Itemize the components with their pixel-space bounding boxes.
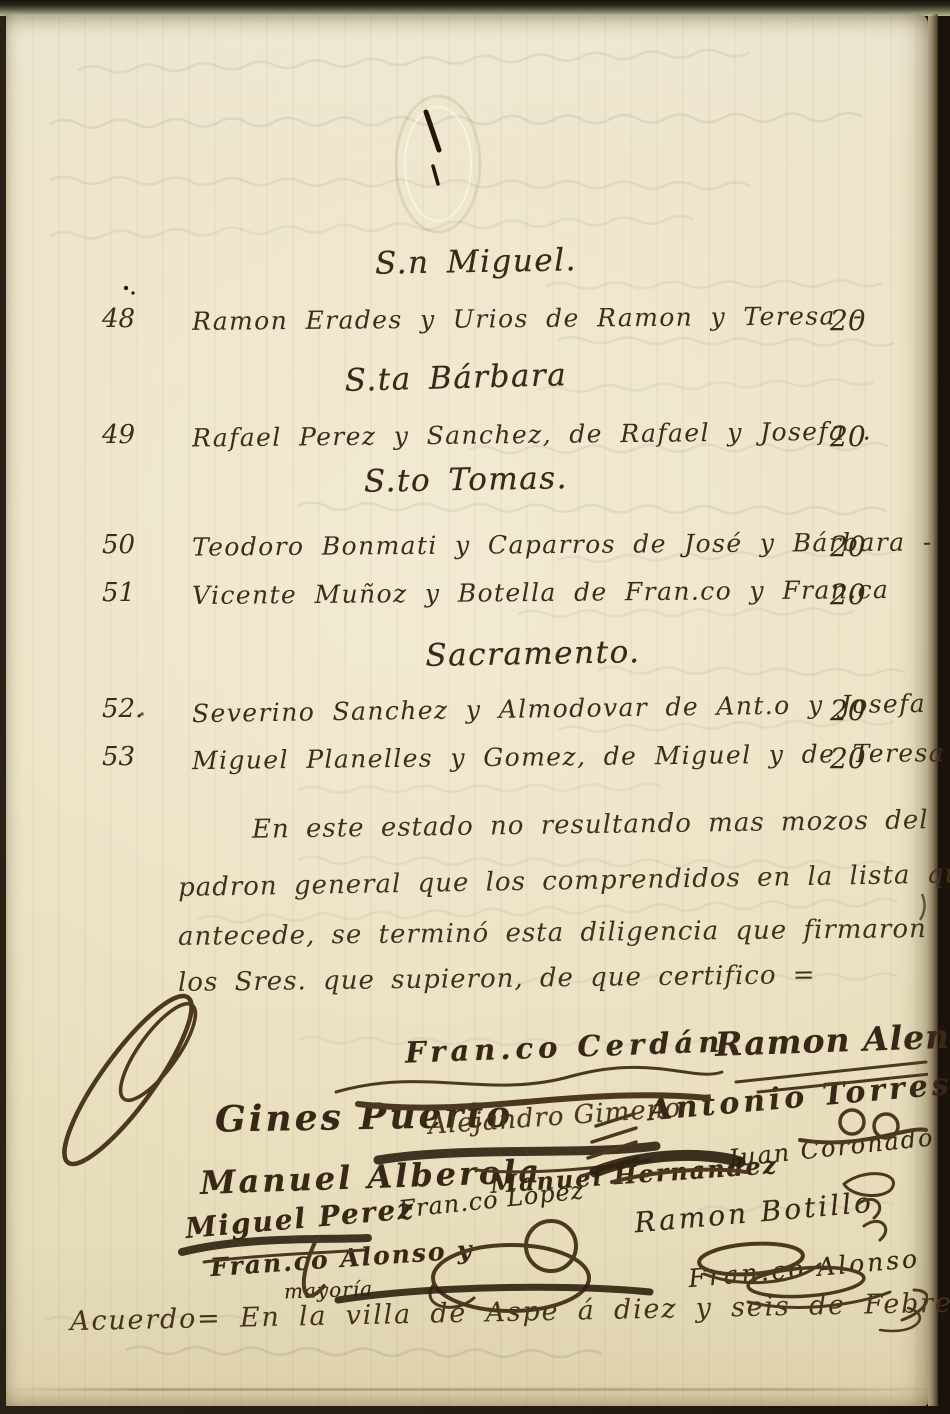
entry-number: 50 (102, 530, 135, 560)
entry-name: Rafael Perez y Sanchez, de Rafael y Jose… (192, 416, 872, 452)
section-heading-santo-tomas: S.to Tomas. (336, 460, 597, 501)
signature-juan-coronado: Juan Coronado (727, 1123, 936, 1172)
closing-line: antecede, se terminó esta diligencia que… (178, 914, 927, 952)
entry-number: 53 (102, 742, 135, 772)
page-bottom-crease (6, 1388, 928, 1391)
entry-age: 20 (830, 304, 866, 337)
entry-number: 49 (102, 420, 135, 450)
closing-line: En este estado no resultando mas mozos d… (252, 805, 929, 844)
signature-ramon-alenda: Ramon Alenda (714, 1015, 950, 1064)
book-photograph: S.n Miguel. 48 Ramon Erades y Urios de R… (0, 0, 950, 1414)
entry-age: 20 (830, 742, 866, 775)
signature-francisco-alonso: Fran.co Alonso (687, 1244, 921, 1293)
entry-row-52: 52. Severino Sanchez y Almodovar de Ant.… (6, 694, 928, 738)
entry-age: 20 (830, 530, 866, 563)
entry-row-53: 53 Miguel Planelles y Gomez, de Miguel y… (6, 742, 928, 786)
entry-number: 52. (102, 694, 143, 724)
entry-number: 48 (102, 304, 135, 334)
entry-row-50: 50 Teodoro Bonmati y Caparros de José y … (6, 530, 928, 574)
entry-name: Teodoro Bonmati y Caparros de José y Bár… (192, 527, 933, 561)
entry-row-48: 48 Ramon Erades y Urios de Ramon y Teres… (6, 304, 928, 348)
section-heading-san-miguel: S.n Miguel. (336, 242, 617, 283)
closing-line: los Sres. que supieron, de que certifico… (178, 960, 816, 998)
page-stack-edge (928, 14, 938, 1406)
entry-age: 20 (830, 694, 866, 727)
signature-ramon-botillo: Ramon Botillo (633, 1186, 875, 1240)
closing-line: padron general que los comprendidos en l… (178, 859, 950, 903)
manuscript-page: S.n Miguel. 48 Ramon Erades y Urios de R… (6, 14, 928, 1406)
signature-antonio-torres: Antonio Torres (647, 1067, 950, 1128)
section-heading-sacramento: Sacramento. (398, 634, 669, 675)
signature-francisco-alonso-mayor: Fran.co Alonso y (209, 1235, 474, 1282)
entry-name: Ramon Erades y Urios de Ramon y Teresa - (192, 301, 863, 336)
entry-row-49: 49 Rafael Perez y Sanchez, de Rafael y J… (6, 420, 928, 464)
entry-name: Vicente Muñoz y Botella de Fran.co y Fra… (192, 575, 889, 610)
entry-name: Severino Sanchez y Almodovar de Ant.o y … (192, 689, 926, 728)
entry-number: 51 (102, 578, 135, 608)
section-heading-santa-barbara: S.ta Bárbara (326, 357, 587, 400)
signature-francisco-cerdan: Fran.co Cerdán (405, 1024, 725, 1069)
footer-acuerdo-line: Acuerdo= En la villa de Aspe á diez y se… (70, 1286, 950, 1337)
entry-row-51: 51 Vicente Muñoz y Botella de Fran.co y … (6, 578, 928, 622)
entry-age: 20 (830, 578, 866, 611)
entry-age: 20 (830, 420, 866, 453)
